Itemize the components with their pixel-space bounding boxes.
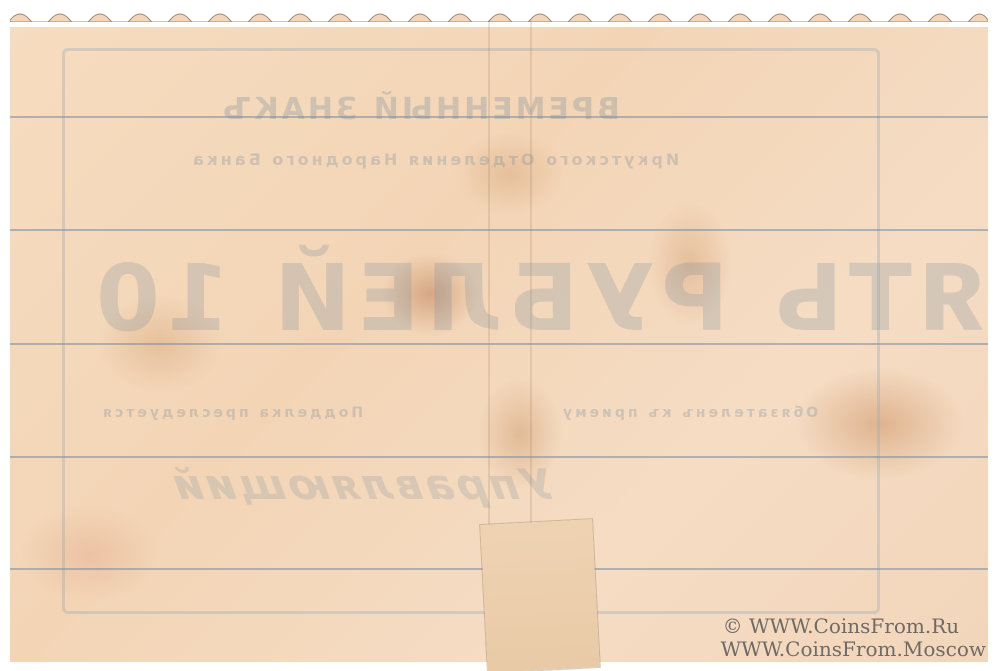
show-through-small-text: Подделка преследуется bbox=[100, 405, 363, 421]
show-through-small-text: Обязателенъ къ приему bbox=[560, 405, 818, 421]
watermark-line-2: WWW.CoinsFrom.Moscow bbox=[721, 638, 986, 661]
ruled-line bbox=[10, 229, 988, 231]
ruled-line bbox=[10, 116, 988, 118]
show-through-signature: Управляющий bbox=[161, 460, 562, 509]
copyright-watermark: © WWW.CoinsFrom.Ru WWW.CoinsFrom.Moscow bbox=[721, 615, 986, 661]
paper-repair-patch bbox=[480, 519, 600, 671]
show-through-heading: ВРЕМЕННЫЙ ЗНАКЪ bbox=[220, 92, 620, 127]
show-through-denomination: 10 ДЕСЯТЬ РУБЛЕЙ 10 bbox=[90, 245, 1000, 352]
ruled-line bbox=[10, 343, 988, 345]
ruled-line bbox=[10, 456, 988, 458]
watermark-line-1: © WWW.CoinsFrom.Ru bbox=[721, 615, 986, 638]
show-through-subheading: Иркутского Отделения Народного Банка bbox=[190, 150, 679, 169]
perforated-top-edge bbox=[10, 6, 988, 22]
